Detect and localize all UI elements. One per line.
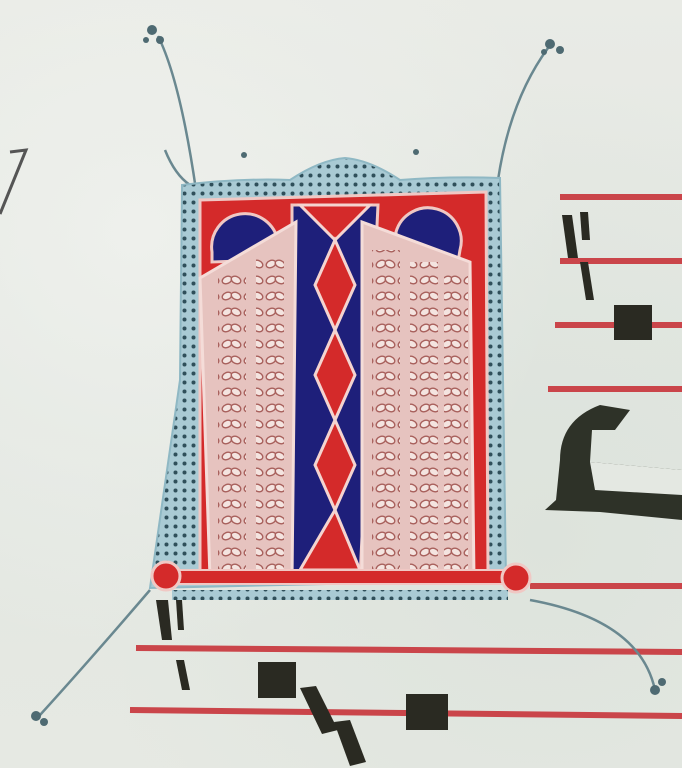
illuminated-initial <box>0 0 682 768</box>
ink-mark <box>0 150 26 214</box>
gothic-letter <box>545 405 682 520</box>
red-knob-right <box>502 564 530 592</box>
manuscript-page <box>0 0 682 768</box>
red-knob-left <box>152 562 180 590</box>
